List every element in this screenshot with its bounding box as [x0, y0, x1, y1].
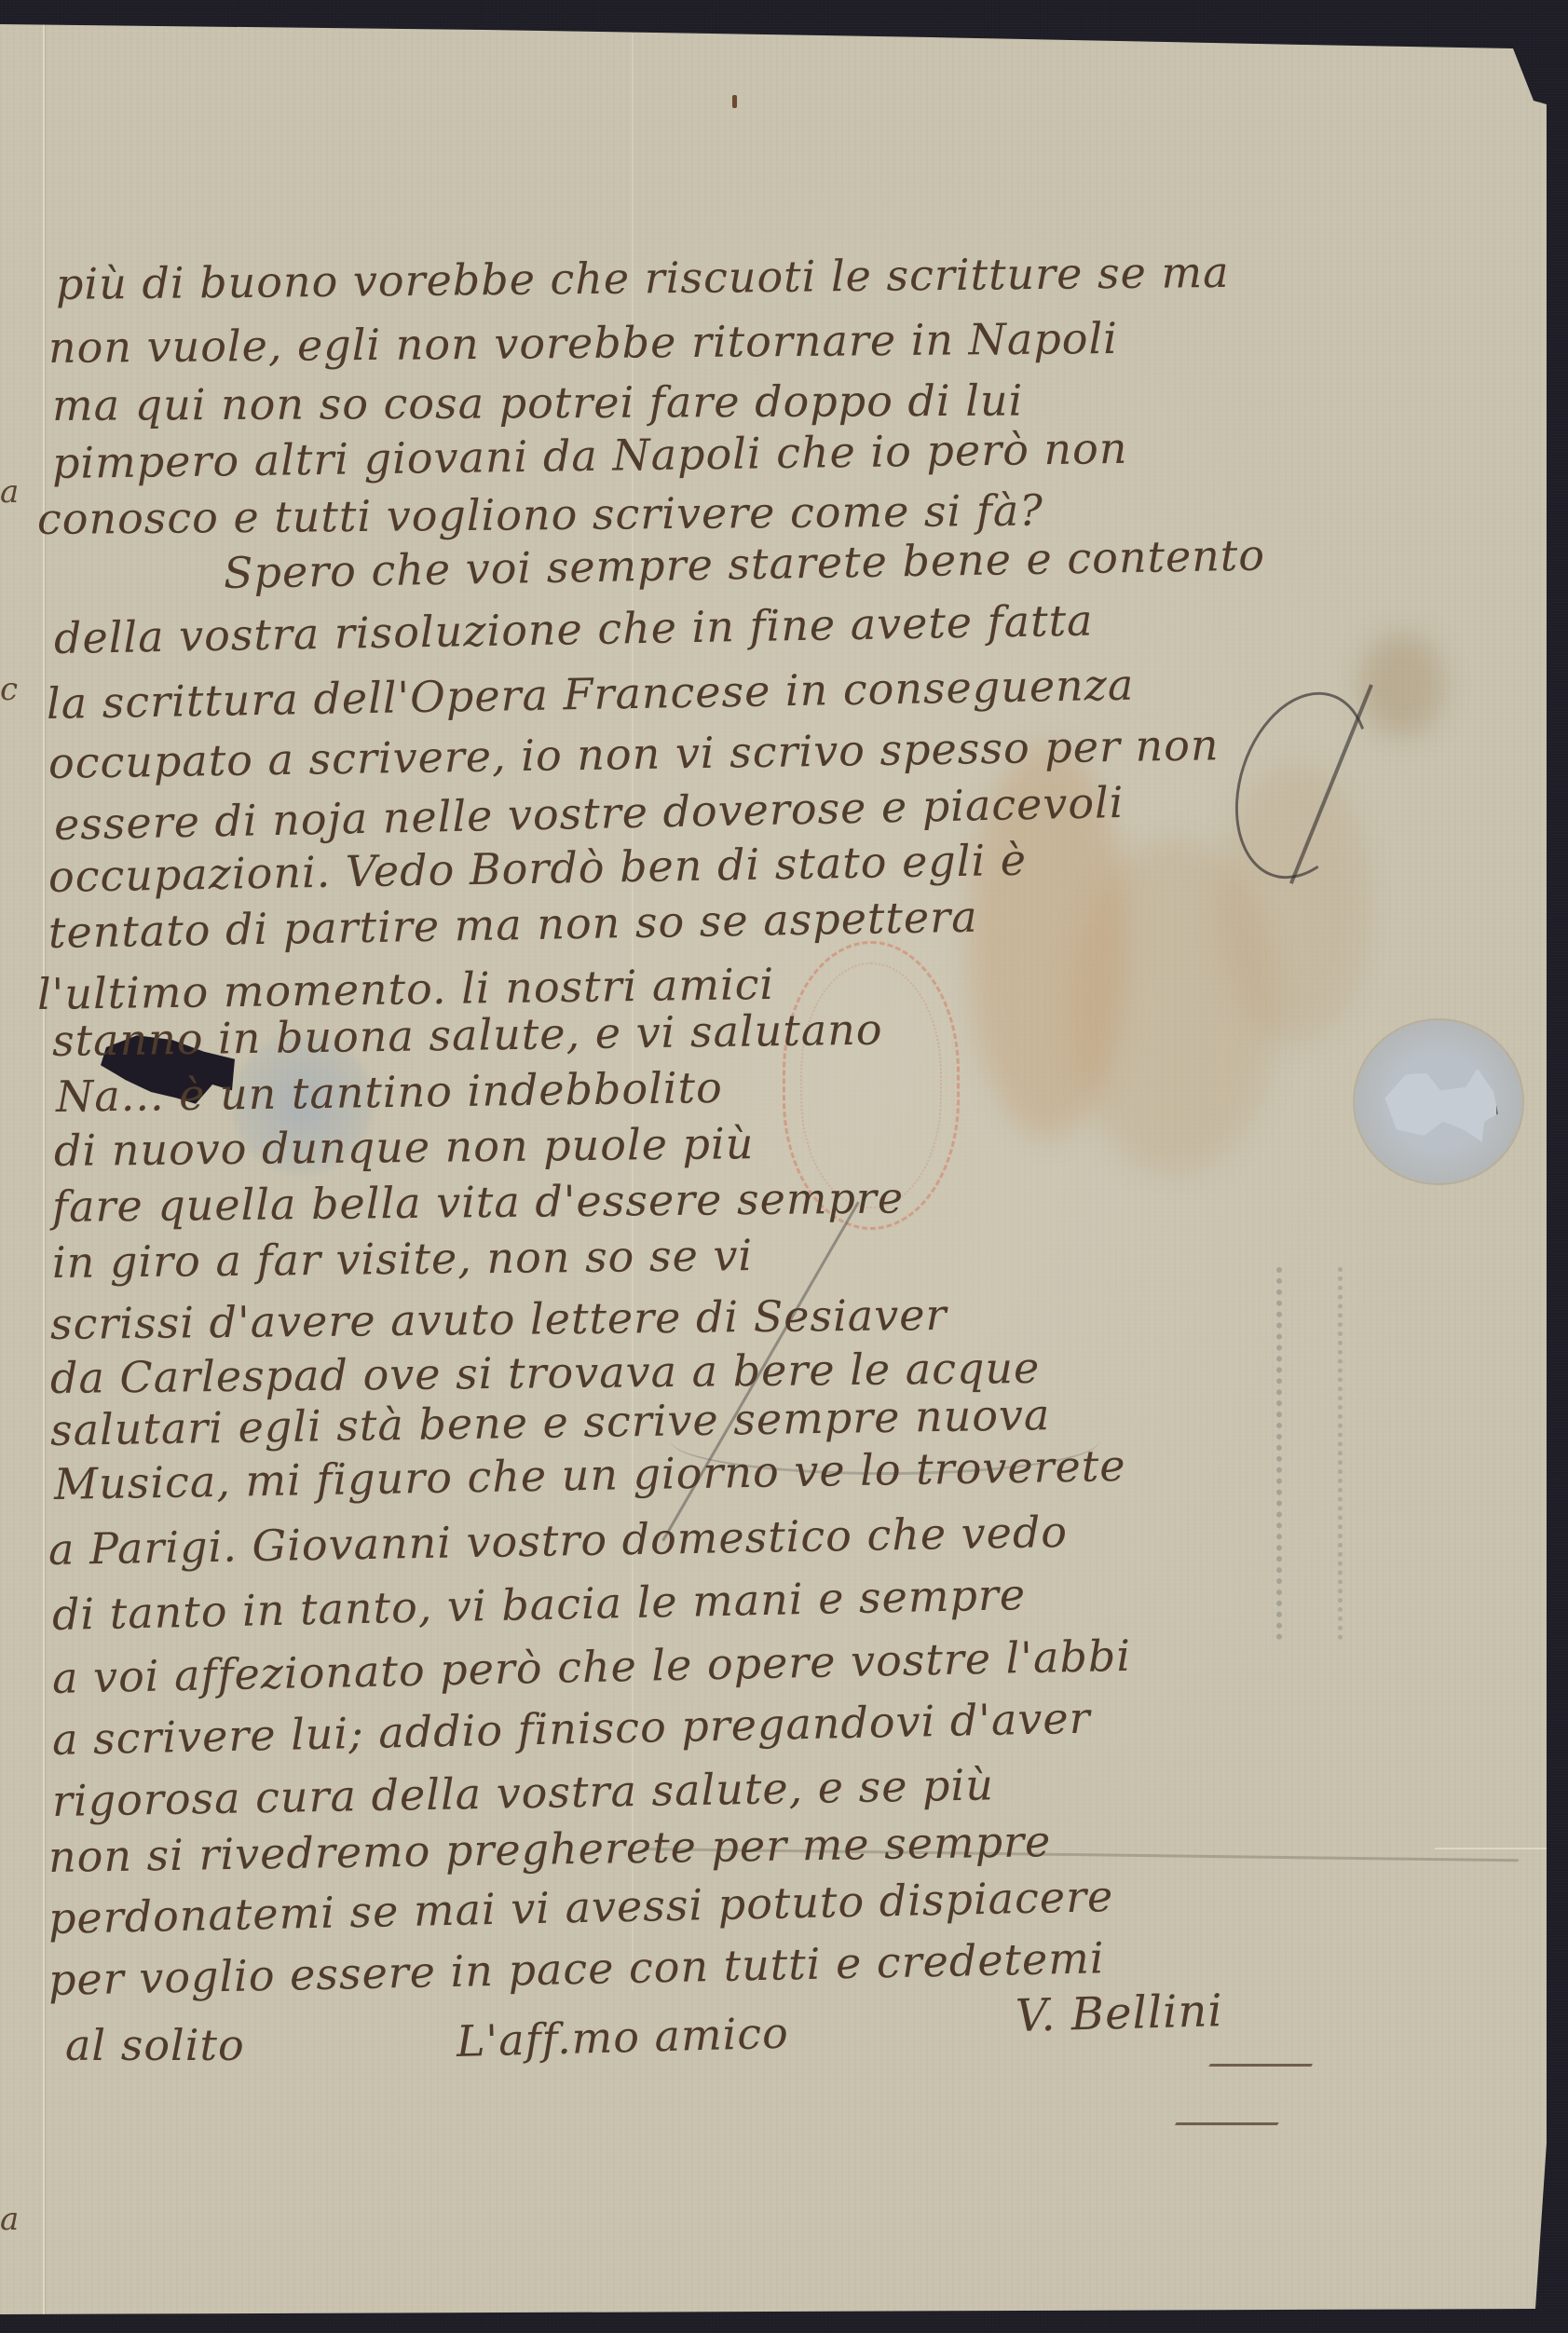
margin-fragment: a [0, 2201, 19, 2238]
letter-line: pimpero altri giovani da Napoli che io p… [52, 423, 1128, 488]
letter-line: scrissi d'avere avuto lettere di Sesiave… [50, 1289, 948, 1349]
letter-line: stanno in buona salute, e vi salutano [52, 1004, 883, 1066]
letter-line: perdonatemi se mai vi avessi potuto disp… [48, 1871, 1113, 1944]
letter-line: a voi affezionato però che le opere vost… [51, 1630, 1131, 1703]
letter-line: la scrittura dell'Opera Francese in cons… [47, 660, 1135, 729]
letter-line: di tanto in tanto, vi bacia le mani e se… [51, 1569, 1026, 1640]
letter-line: rigorosa cura della vostra salute, e se … [52, 1759, 995, 1826]
letter-line: di nuovo dunque non puole più [54, 1118, 755, 1176]
letter-line: per voglio essere in pace con tutti e cr… [48, 1932, 1105, 2005]
letter-line: a Parigi. Giovanni vostro domestico che … [48, 1507, 1069, 1575]
closing-salutation: al solito [65, 2020, 245, 2070]
signature: V. Bellini [1015, 1985, 1223, 2042]
letter-line: a scrivere lui; addio finisco pregandovi… [51, 1693, 1091, 1765]
letter-line: non vuole, egli non vorebbe ritornare in… [48, 313, 1118, 373]
letter-line: non si rivedremo pregherete per me sempr… [48, 1816, 1052, 1882]
letter-line: fare quella bella vita d'essere sempre [52, 1172, 905, 1232]
margin-fragment: a [0, 473, 19, 511]
margin-fragment: c [0, 671, 18, 708]
letter-line: in giro a far visite, non so se vi [52, 1230, 754, 1288]
signature-flourish [1175, 2064, 1313, 2125]
closing-valediction: L'aff.mo amico [456, 2008, 789, 2067]
letter-line: ma qui non so cosa potrei fare doppo di … [52, 375, 1024, 430]
letter-body: a c a più di buono vorebbe che riscuoti … [0, 0, 1568, 2333]
letter-line: Na... è un tantino indebbolito [56, 1062, 723, 1122]
letter-line: più di buono vorebbe che riscuoti le scr… [56, 247, 1230, 309]
letter-line: tentato di partire ma non so se aspetter… [48, 892, 978, 958]
letter-line: della vostra risoluzione che in fine ave… [54, 595, 1094, 663]
